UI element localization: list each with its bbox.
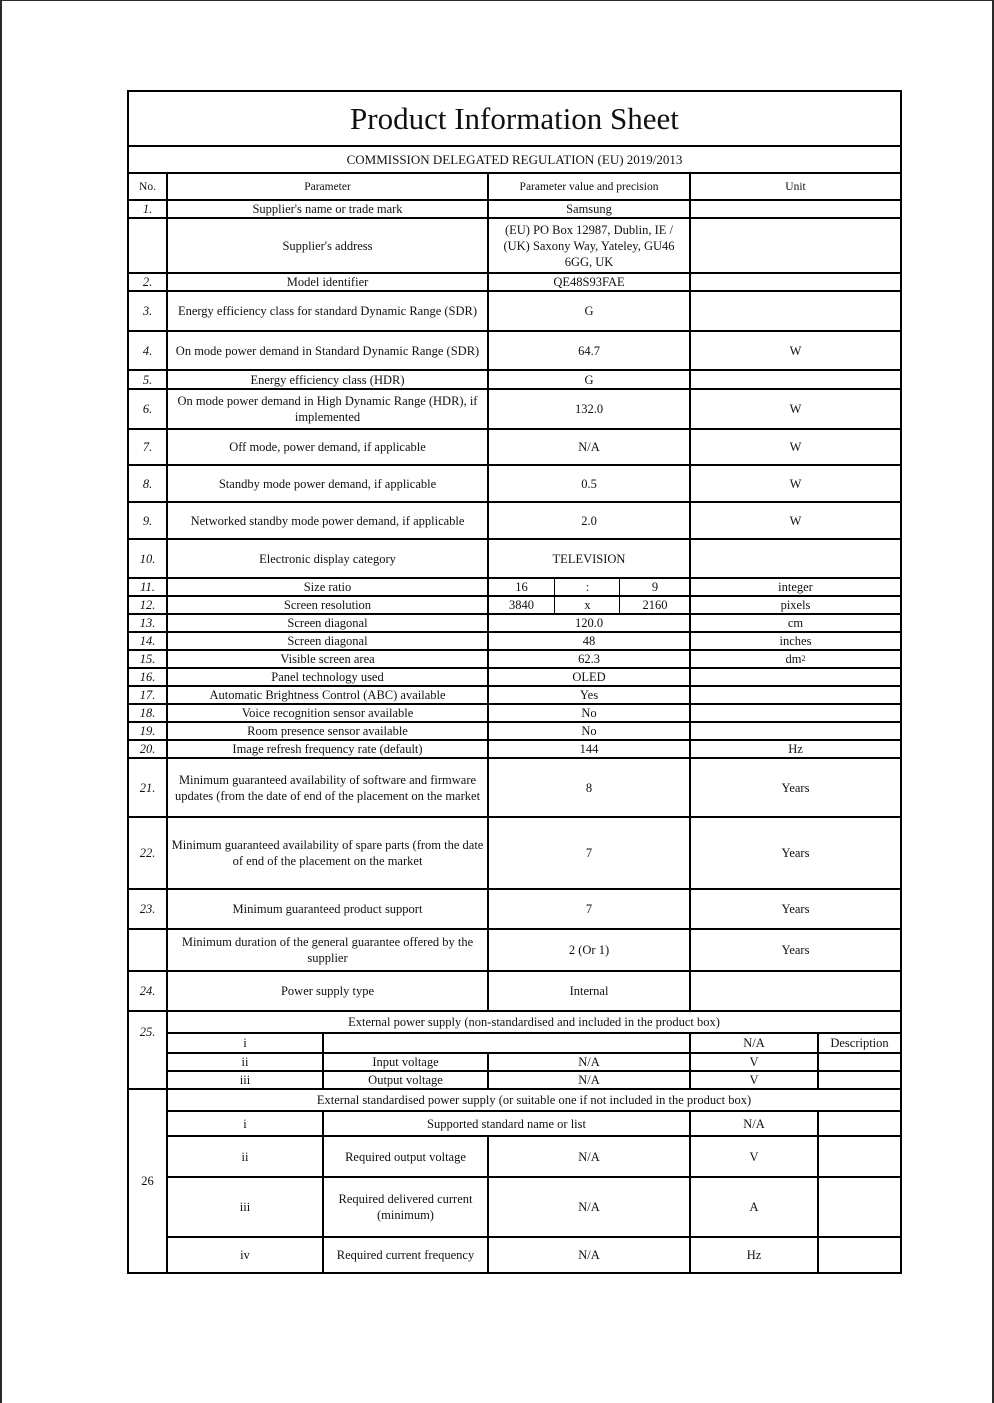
table-rule <box>619 595 620 615</box>
table-rule <box>166 970 168 1012</box>
unit: Years <box>690 817 901 889</box>
parameter-label: Off mode, power demand, if applicable <box>167 429 488 465</box>
sub-label: Required current frequency <box>323 1237 488 1273</box>
parameter-label: Minimum duration of the general guarante… <box>167 929 488 971</box>
unit: W <box>690 389 901 429</box>
value-separator: : <box>555 578 620 596</box>
table-rule <box>487 649 489 669</box>
unit: W <box>690 465 901 502</box>
sub-label: Output voltage <box>323 1071 488 1089</box>
table-rule <box>487 199 489 219</box>
parameter-label: Supplier's name or trade mark <box>167 200 488 218</box>
sub-value: N/A <box>488 1053 690 1071</box>
table-rule <box>487 538 489 579</box>
table-rule <box>166 595 168 615</box>
parameter-value: No <box>488 704 690 722</box>
parameter-value: G <box>488 291 690 331</box>
sub-extra <box>818 1237 901 1273</box>
regulation-heading: COMMISSION DELEGATED REGULATION (EU) 201… <box>128 146 901 173</box>
table-rule <box>689 649 691 669</box>
table-rule <box>166 217 168 274</box>
table-rule <box>487 595 489 615</box>
table-rule <box>166 501 168 540</box>
table-rule <box>689 577 691 597</box>
unit: W <box>690 429 901 465</box>
table-rule <box>487 369 489 390</box>
sub-index: i <box>167 1111 323 1136</box>
table-rule <box>487 1070 489 1090</box>
row-number: 8. <box>128 465 167 502</box>
table-rule <box>689 501 691 540</box>
table-rule <box>487 613 489 633</box>
parameter-value: 62.3 <box>488 650 690 668</box>
table-rule <box>487 721 489 741</box>
parameter-label: Power supply type <box>167 971 488 1011</box>
unit: W <box>690 502 901 539</box>
table-rule <box>689 199 691 219</box>
table-rule <box>689 631 691 651</box>
table-rule <box>166 330 168 371</box>
table-rule <box>689 290 691 332</box>
parameter-label: Minimum guaranteed product support <box>167 889 488 929</box>
parameter-value: 132.0 <box>488 389 690 429</box>
row-number: 13. <box>128 614 167 632</box>
table-rule <box>487 217 489 274</box>
row-number: 3. <box>128 291 167 331</box>
table-rule <box>689 172 691 201</box>
sub-extra: Description <box>818 1033 901 1053</box>
sub-index: iii <box>167 1177 323 1237</box>
table-rule <box>689 757 691 818</box>
row-number: 7. <box>128 429 167 465</box>
row-number <box>128 929 167 971</box>
row-number: 26 <box>128 1089 167 1273</box>
table-rule <box>689 428 691 466</box>
table-rule <box>166 538 168 579</box>
table-rule <box>689 330 691 371</box>
table-rule <box>689 464 691 503</box>
unit <box>690 291 901 331</box>
table-rule <box>689 1176 691 1238</box>
unit: Years <box>690 889 901 929</box>
parameter-label: On mode power demand in Standard Dynamic… <box>167 331 488 370</box>
sub-label: Supported standard name or list <box>323 1111 690 1136</box>
parameter-label: Room presence sensor available <box>167 722 488 740</box>
parameter-value: OLED <box>488 668 690 686</box>
table-rule <box>817 1236 819 1274</box>
table-rule <box>689 816 691 890</box>
sub-unit: V <box>690 1136 818 1177</box>
table-rule <box>322 1052 324 1072</box>
sub-value: N/A <box>488 1177 690 1237</box>
parameter-label: Voice recognition sensor available <box>167 704 488 722</box>
table-rule <box>689 888 691 930</box>
table-rule <box>817 1032 819 1054</box>
row-number <box>128 218 167 273</box>
table-rule <box>554 577 555 597</box>
table-rule <box>487 464 489 503</box>
parameter-label: Minimum guaranteed availability of spare… <box>167 817 488 889</box>
row-number: 1. <box>128 200 167 218</box>
row-number: 6. <box>128 389 167 429</box>
sub-unit: Hz <box>690 1237 818 1273</box>
table-rule <box>166 721 168 741</box>
table-rule <box>689 369 691 390</box>
parameter-value: TELEVISION <box>488 539 690 578</box>
row-number: 12. <box>128 596 167 614</box>
table-rule <box>689 667 691 687</box>
row-number: 16. <box>128 668 167 686</box>
table-rule <box>127 1272 902 1274</box>
table-rule <box>322 1135 324 1178</box>
value-part: 9 <box>620 578 690 596</box>
table-rule <box>487 757 489 818</box>
unit: cm <box>690 614 901 632</box>
column-header-parameter: Parameter <box>167 173 488 200</box>
parameter-label: Energy efficiency class for standard Dyn… <box>167 291 488 331</box>
table-rule <box>487 888 489 930</box>
table-rule <box>166 757 168 818</box>
table-rule <box>166 703 168 723</box>
sub-unit: A <box>690 1177 818 1237</box>
parameter-label: Screen diagonal <box>167 632 488 650</box>
column-header-unit: Unit <box>690 173 901 200</box>
sub-label: Input voltage <box>323 1053 488 1071</box>
table-rule <box>689 1070 691 1090</box>
table-rule <box>689 388 691 430</box>
unit: W <box>690 331 901 370</box>
parameter-label: Panel technology used <box>167 668 488 686</box>
table-rule <box>817 1135 819 1178</box>
sub-index: i <box>167 1033 323 1053</box>
table-rule <box>487 631 489 651</box>
table-rule <box>322 1032 324 1054</box>
parameter-value: 64.7 <box>488 331 690 370</box>
unit <box>690 273 901 291</box>
unit <box>690 971 901 1011</box>
table-rule <box>166 667 168 687</box>
parameter-label: Electronic display category <box>167 539 488 578</box>
row-number: 25. <box>128 1011 167 1053</box>
table-rule <box>127 90 129 1274</box>
table-rule <box>487 290 489 332</box>
parameter-value: Internal <box>488 971 690 1011</box>
sub-extra <box>818 1111 901 1136</box>
table-rule <box>487 703 489 723</box>
table-rule <box>817 1052 819 1072</box>
parameter-value: G <box>488 370 690 389</box>
parameter-value: 8 <box>488 758 690 817</box>
table-rule <box>900 90 902 1274</box>
table-rule <box>487 928 489 972</box>
table-rule <box>166 172 168 201</box>
table-rule <box>817 1176 819 1238</box>
unit <box>690 686 901 704</box>
table-rule <box>166 388 168 430</box>
unit <box>690 200 901 218</box>
value-separator: x <box>555 596 620 614</box>
product-information-table: Product Information SheetCOMMISSION DELE… <box>127 90 902 1274</box>
table-rule <box>619 577 620 597</box>
sub-unit: V <box>690 1071 818 1089</box>
sub-index: iv <box>167 1237 323 1273</box>
table-rule <box>166 369 168 390</box>
parameter-label: Size ratio <box>167 578 488 596</box>
table-rule <box>127 90 902 92</box>
table-rule <box>127 172 902 174</box>
parameter-label: Image refresh frequency rate (default) <box>167 740 488 758</box>
parameter-value: 2 (Or 1) <box>488 929 690 971</box>
table-rule <box>487 577 489 597</box>
table-rule <box>689 739 691 759</box>
table-rule <box>487 428 489 466</box>
parameter-label: Screen resolution <box>167 596 488 614</box>
table-rule <box>689 1236 691 1274</box>
table-rule <box>487 172 489 201</box>
unit: Years <box>690 758 901 817</box>
row-number: 5. <box>128 370 167 389</box>
table-rule <box>689 970 691 1012</box>
table-rule <box>166 1010 168 1090</box>
parameter-value: (EU) PO Box 12987, Dublin, IE / (UK) Sax… <box>488 218 690 273</box>
sub-extra <box>818 1071 901 1089</box>
parameter-label: Energy efficiency class (HDR) <box>167 370 488 389</box>
table-rule <box>487 667 489 687</box>
row-number: 19. <box>128 722 167 740</box>
value-part: 3840 <box>488 596 555 614</box>
row-number: 4. <box>128 331 167 370</box>
table-rule <box>487 685 489 705</box>
table-rule <box>689 928 691 972</box>
sub-extra <box>818 1177 901 1237</box>
unit <box>690 704 901 722</box>
row-number: 15. <box>128 650 167 668</box>
unit <box>690 722 901 740</box>
table-rule <box>166 464 168 503</box>
table-rule <box>487 1236 489 1274</box>
table-rule <box>322 1176 324 1238</box>
table-rule <box>166 888 168 930</box>
table-rule <box>487 272 489 292</box>
parameter-label: Supplier's address <box>167 218 488 273</box>
section-heading: External power supply (non-standardised … <box>167 1011 901 1033</box>
table-rule <box>166 649 168 669</box>
parameter-label: Model identifier <box>167 273 488 291</box>
parameter-value: Samsung <box>488 200 690 218</box>
unit: integer <box>690 578 901 596</box>
row-number: 20. <box>128 740 167 758</box>
unit <box>690 668 901 686</box>
table-rule <box>487 1052 489 1072</box>
sub-label: Required delivered current (minimum) <box>323 1177 488 1237</box>
row-number: 14. <box>128 632 167 650</box>
row-number: 11. <box>128 578 167 596</box>
table-rule <box>322 1070 324 1090</box>
table-rule <box>689 703 691 723</box>
table-rule <box>166 577 168 597</box>
unit <box>690 218 901 273</box>
table-rule <box>689 1032 691 1054</box>
table-rule <box>166 613 168 633</box>
sub-value: N/A <box>488 1136 690 1177</box>
table-rule <box>689 613 691 633</box>
table-rule <box>689 685 691 705</box>
parameter-value: 0.5 <box>488 465 690 502</box>
table-rule <box>487 970 489 1012</box>
parameter-label: Minimum guaranteed availability of softw… <box>167 758 488 817</box>
sub-unit: N/A <box>690 1111 818 1136</box>
parameter-value: 144 <box>488 740 690 758</box>
sub-unit: V <box>690 1053 818 1071</box>
unit <box>690 539 901 578</box>
sub-index: ii <box>167 1053 323 1071</box>
parameter-value: 120.0 <box>488 614 690 632</box>
unit: dm2 <box>690 650 901 668</box>
parameter-value: N/A <box>488 429 690 465</box>
table-rule <box>817 1110 819 1137</box>
table-rule <box>166 928 168 972</box>
parameter-label: Standby mode power demand, if applicable <box>167 465 488 502</box>
parameter-label: Visible screen area <box>167 650 488 668</box>
sub-label: Required output voltage <box>323 1136 488 1177</box>
parameter-value: Yes <box>488 686 690 704</box>
parameter-value: 2.0 <box>488 502 690 539</box>
table-rule <box>166 428 168 466</box>
unit: inches <box>690 632 901 650</box>
table-rule <box>166 1088 168 1274</box>
sub-index: iii <box>167 1071 323 1089</box>
table-rule <box>487 501 489 540</box>
table-rule <box>487 816 489 890</box>
parameter-label: Screen diagonal <box>167 614 488 632</box>
table-rule <box>554 595 555 615</box>
table-rule <box>166 290 168 332</box>
table-rule <box>166 631 168 651</box>
table-rule <box>166 739 168 759</box>
sub-extra <box>818 1053 901 1071</box>
table-rule <box>689 538 691 579</box>
table-rule <box>487 1135 489 1178</box>
row-number: 2. <box>128 273 167 291</box>
column-header-no: No. <box>128 173 167 200</box>
parameter-value: 48 <box>488 632 690 650</box>
sub-value: N/A <box>488 1071 690 1089</box>
sub-label <box>323 1033 690 1053</box>
table-rule <box>127 145 902 147</box>
table-rule <box>166 685 168 705</box>
parameter-label: On mode power demand in High Dynamic Ran… <box>167 389 488 429</box>
table-rule <box>817 1070 819 1090</box>
table-rule <box>689 272 691 292</box>
table-rule <box>487 388 489 430</box>
table-rule <box>689 1052 691 1072</box>
table-rule <box>166 272 168 292</box>
sub-unit: N/A <box>690 1033 818 1053</box>
unit: Hz <box>690 740 901 758</box>
sub-index: ii <box>167 1136 323 1177</box>
table-rule <box>487 1176 489 1238</box>
row-number: 21. <box>128 758 167 817</box>
parameter-value: No <box>488 722 690 740</box>
parameter-label: Automatic Brightness Control (ABC) avail… <box>167 686 488 704</box>
table-rule <box>487 739 489 759</box>
parameter-label: Networked standby mode power demand, if … <box>167 502 488 539</box>
page-title: Product Information Sheet <box>128 91 901 146</box>
row-number: 24. <box>128 971 167 1011</box>
table-rule <box>689 1110 691 1137</box>
table-rule <box>689 595 691 615</box>
parameter-value: 7 <box>488 889 690 929</box>
table-rule <box>166 199 168 219</box>
value-part: 2160 <box>620 596 690 614</box>
parameter-value: QE48S93FAE <box>488 273 690 291</box>
value-part: 16 <box>488 578 555 596</box>
column-header-value: Parameter value and precision <box>488 173 690 200</box>
table-rule <box>322 1110 324 1137</box>
unit: Years <box>690 929 901 971</box>
section-heading: External standardised power supply (or s… <box>167 1089 901 1111</box>
sub-extra <box>818 1136 901 1177</box>
row-number: 9. <box>128 502 167 539</box>
table-rule <box>487 330 489 371</box>
row-number: 23. <box>128 889 167 929</box>
unit <box>690 370 901 389</box>
table-rule <box>322 1236 324 1274</box>
unit: pixels <box>690 596 901 614</box>
table-rule <box>689 1135 691 1178</box>
table-rule <box>689 217 691 274</box>
parameter-value: 7 <box>488 817 690 889</box>
row-number: 22. <box>128 817 167 889</box>
row-number: 10. <box>128 539 167 578</box>
table-rule <box>689 721 691 741</box>
row-number: 17. <box>128 686 167 704</box>
table-rule <box>166 816 168 890</box>
sub-value: N/A <box>488 1237 690 1273</box>
row-number: 18. <box>128 704 167 722</box>
